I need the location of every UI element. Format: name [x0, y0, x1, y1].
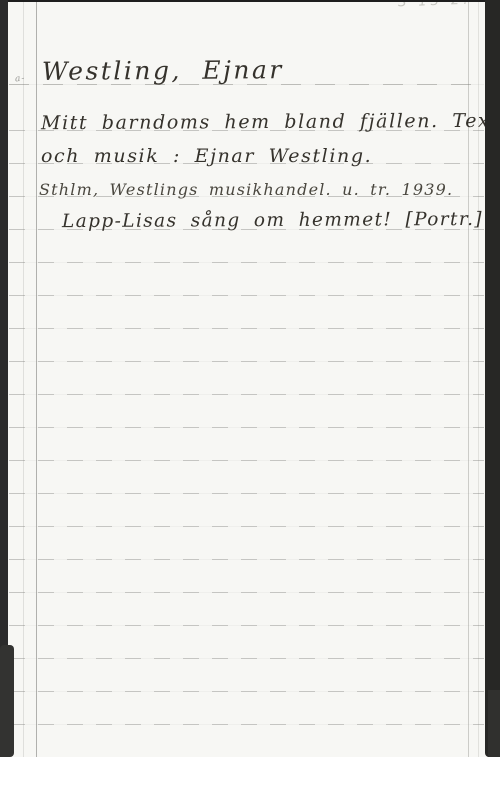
- pencil-mark: a-: [15, 73, 26, 84]
- ruled-line: [9, 460, 484, 461]
- scan-border-right: [485, 0, 500, 757]
- scan-border-left-lower: [0, 645, 14, 757]
- ruled-line: [9, 691, 484, 692]
- scan-border-right-lower: [488, 690, 500, 757]
- ruled-line: [9, 625, 484, 626]
- card-left-edge-line: [23, 0, 24, 757]
- ruled-line: [9, 658, 484, 659]
- ruled-line: [9, 724, 484, 725]
- ruled-line: [9, 394, 484, 395]
- ruled-line: [9, 592, 484, 593]
- ruled-line: [9, 559, 484, 560]
- ruled-line: [9, 526, 484, 527]
- ruled-line: [9, 328, 484, 329]
- imprint-line: Sthlm, Westlings musikhandel. u. tr. 193…: [39, 182, 453, 198]
- author-heading: Westling, Ejnar: [42, 57, 284, 84]
- ruled-line: [9, 427, 484, 428]
- ruled-line: [9, 493, 484, 494]
- note-line: Lapp-Lisas sång om hemmet! [Portr.]: [62, 211, 483, 232]
- title-line-1: Mitt barndoms hem bland fjällen. Text: [41, 112, 500, 133]
- scan-border-left: [0, 0, 8, 757]
- scan-border-top: [0, 0, 500, 2]
- ruled-line: [9, 295, 484, 296]
- page-bottom-whitespace: [0, 757, 500, 800]
- title-line-2: och musik : Ejnar Westling.: [41, 147, 372, 166]
- ruled-line: [9, 262, 484, 263]
- left-margin-rule: [36, 0, 37, 757]
- catalog-card-scan: S 13 2. a- Westling, Ejnar Mitt barndoms…: [0, 0, 500, 757]
- scanned-page: { "card": { "stamp": "S 13 2.", "margin_…: [0, 0, 500, 800]
- ruled-line: [9, 361, 484, 362]
